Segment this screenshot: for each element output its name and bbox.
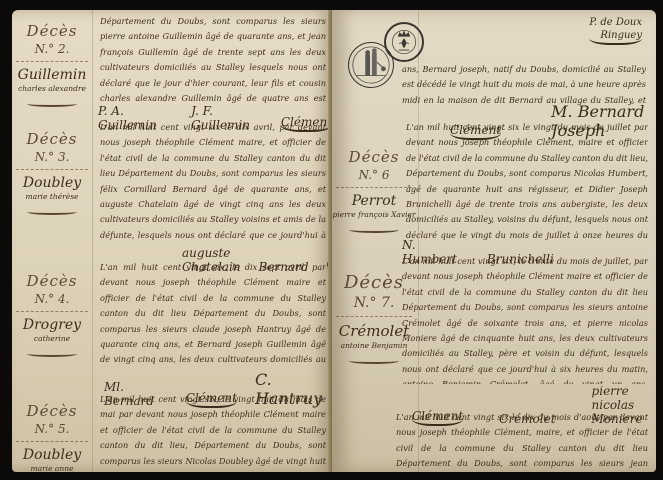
entry-number: N.° 3. bbox=[12, 150, 92, 164]
left-page: Décès N.° 2. Guillemin charles alexandre… bbox=[12, 10, 332, 472]
flourish-divider bbox=[349, 358, 399, 364]
divider bbox=[16, 441, 88, 442]
entry-text: L'an mil huit cent vingt six, le dix sep… bbox=[100, 260, 326, 368]
deceased-surname: Guillemin bbox=[12, 67, 92, 83]
entry-number: N.° 2. bbox=[12, 42, 92, 56]
annotation-line: Ringuey bbox=[589, 29, 642, 45]
deceased-given-names: marie thérèse bbox=[12, 192, 92, 201]
entry-text: L'an mil huit cent vingt six, le vingt h… bbox=[100, 392, 326, 470]
flourish-divider bbox=[27, 209, 77, 215]
deceased-given-names: catherine bbox=[12, 334, 92, 343]
annotation-line: P. de Doux bbox=[589, 16, 642, 29]
margin-rule bbox=[92, 10, 93, 472]
entry-margin-4: Décès N.° 4. Drogrey catherine bbox=[12, 272, 92, 357]
divider bbox=[16, 169, 88, 170]
deceased-surname: Doubley bbox=[12, 175, 92, 191]
deceased-surname: Doubley bbox=[12, 447, 92, 463]
crown-seal-stamp bbox=[384, 22, 424, 62]
entry-heading: Décès bbox=[12, 130, 92, 148]
right-page: P. de Doux Ringuey ans, Bernard joseph, … bbox=[332, 10, 656, 472]
divider bbox=[16, 311, 88, 312]
crown-fleur-de-lis-icon bbox=[386, 24, 422, 60]
flourish-divider bbox=[349, 227, 399, 233]
divider bbox=[336, 187, 412, 188]
entry-number: N.° 6 bbox=[332, 168, 416, 182]
entry-text: L'an mil huit cent vingt six le dix du m… bbox=[396, 410, 648, 472]
entry-margin-2: Décès N.° 2. Guillemin charles alexandre bbox=[12, 22, 92, 107]
entry-heading: Décès bbox=[12, 22, 92, 40]
flourish-divider bbox=[27, 101, 77, 107]
entry-heading: Décès bbox=[12, 272, 92, 290]
entry-text: L'an mil huit cent vingt six, le trente … bbox=[402, 254, 648, 384]
divider bbox=[336, 316, 412, 317]
entry-text: L'an mil huit cent vingt six le dix avri… bbox=[100, 120, 326, 244]
entry-number: N.° 4. bbox=[12, 292, 92, 306]
flourish-divider bbox=[27, 351, 77, 357]
deceased-given-names: marie anne bbox=[12, 464, 92, 472]
deceased-given-names: pierre françois Xavier bbox=[332, 210, 416, 219]
entry-text: L'an mil huit cent vingt six le vingt du… bbox=[406, 120, 648, 240]
entry-heading: Décès bbox=[332, 148, 416, 166]
top-annotation: P. de Doux Ringuey bbox=[589, 16, 642, 45]
entry-margin-5: Décès N.° 5. Doubley marie anne bbox=[12, 402, 92, 472]
entry-margin-3: Décès N.° 3. Doubley marie thérèse bbox=[12, 130, 92, 215]
divider bbox=[16, 61, 88, 62]
entry-text: Département du Doubs, sont comparus les … bbox=[100, 14, 326, 106]
deceased-surname: Perrot bbox=[332, 193, 416, 209]
entry-heading: Décès bbox=[12, 402, 92, 420]
deceased-surname: Drogrey bbox=[12, 317, 92, 333]
entry-margin-6: Décès N.° 6 Perrot pierre françois Xavie… bbox=[332, 148, 416, 233]
deceased-given-names: charles alexandre bbox=[12, 84, 92, 93]
entry-number: N.° 5. bbox=[12, 422, 92, 436]
